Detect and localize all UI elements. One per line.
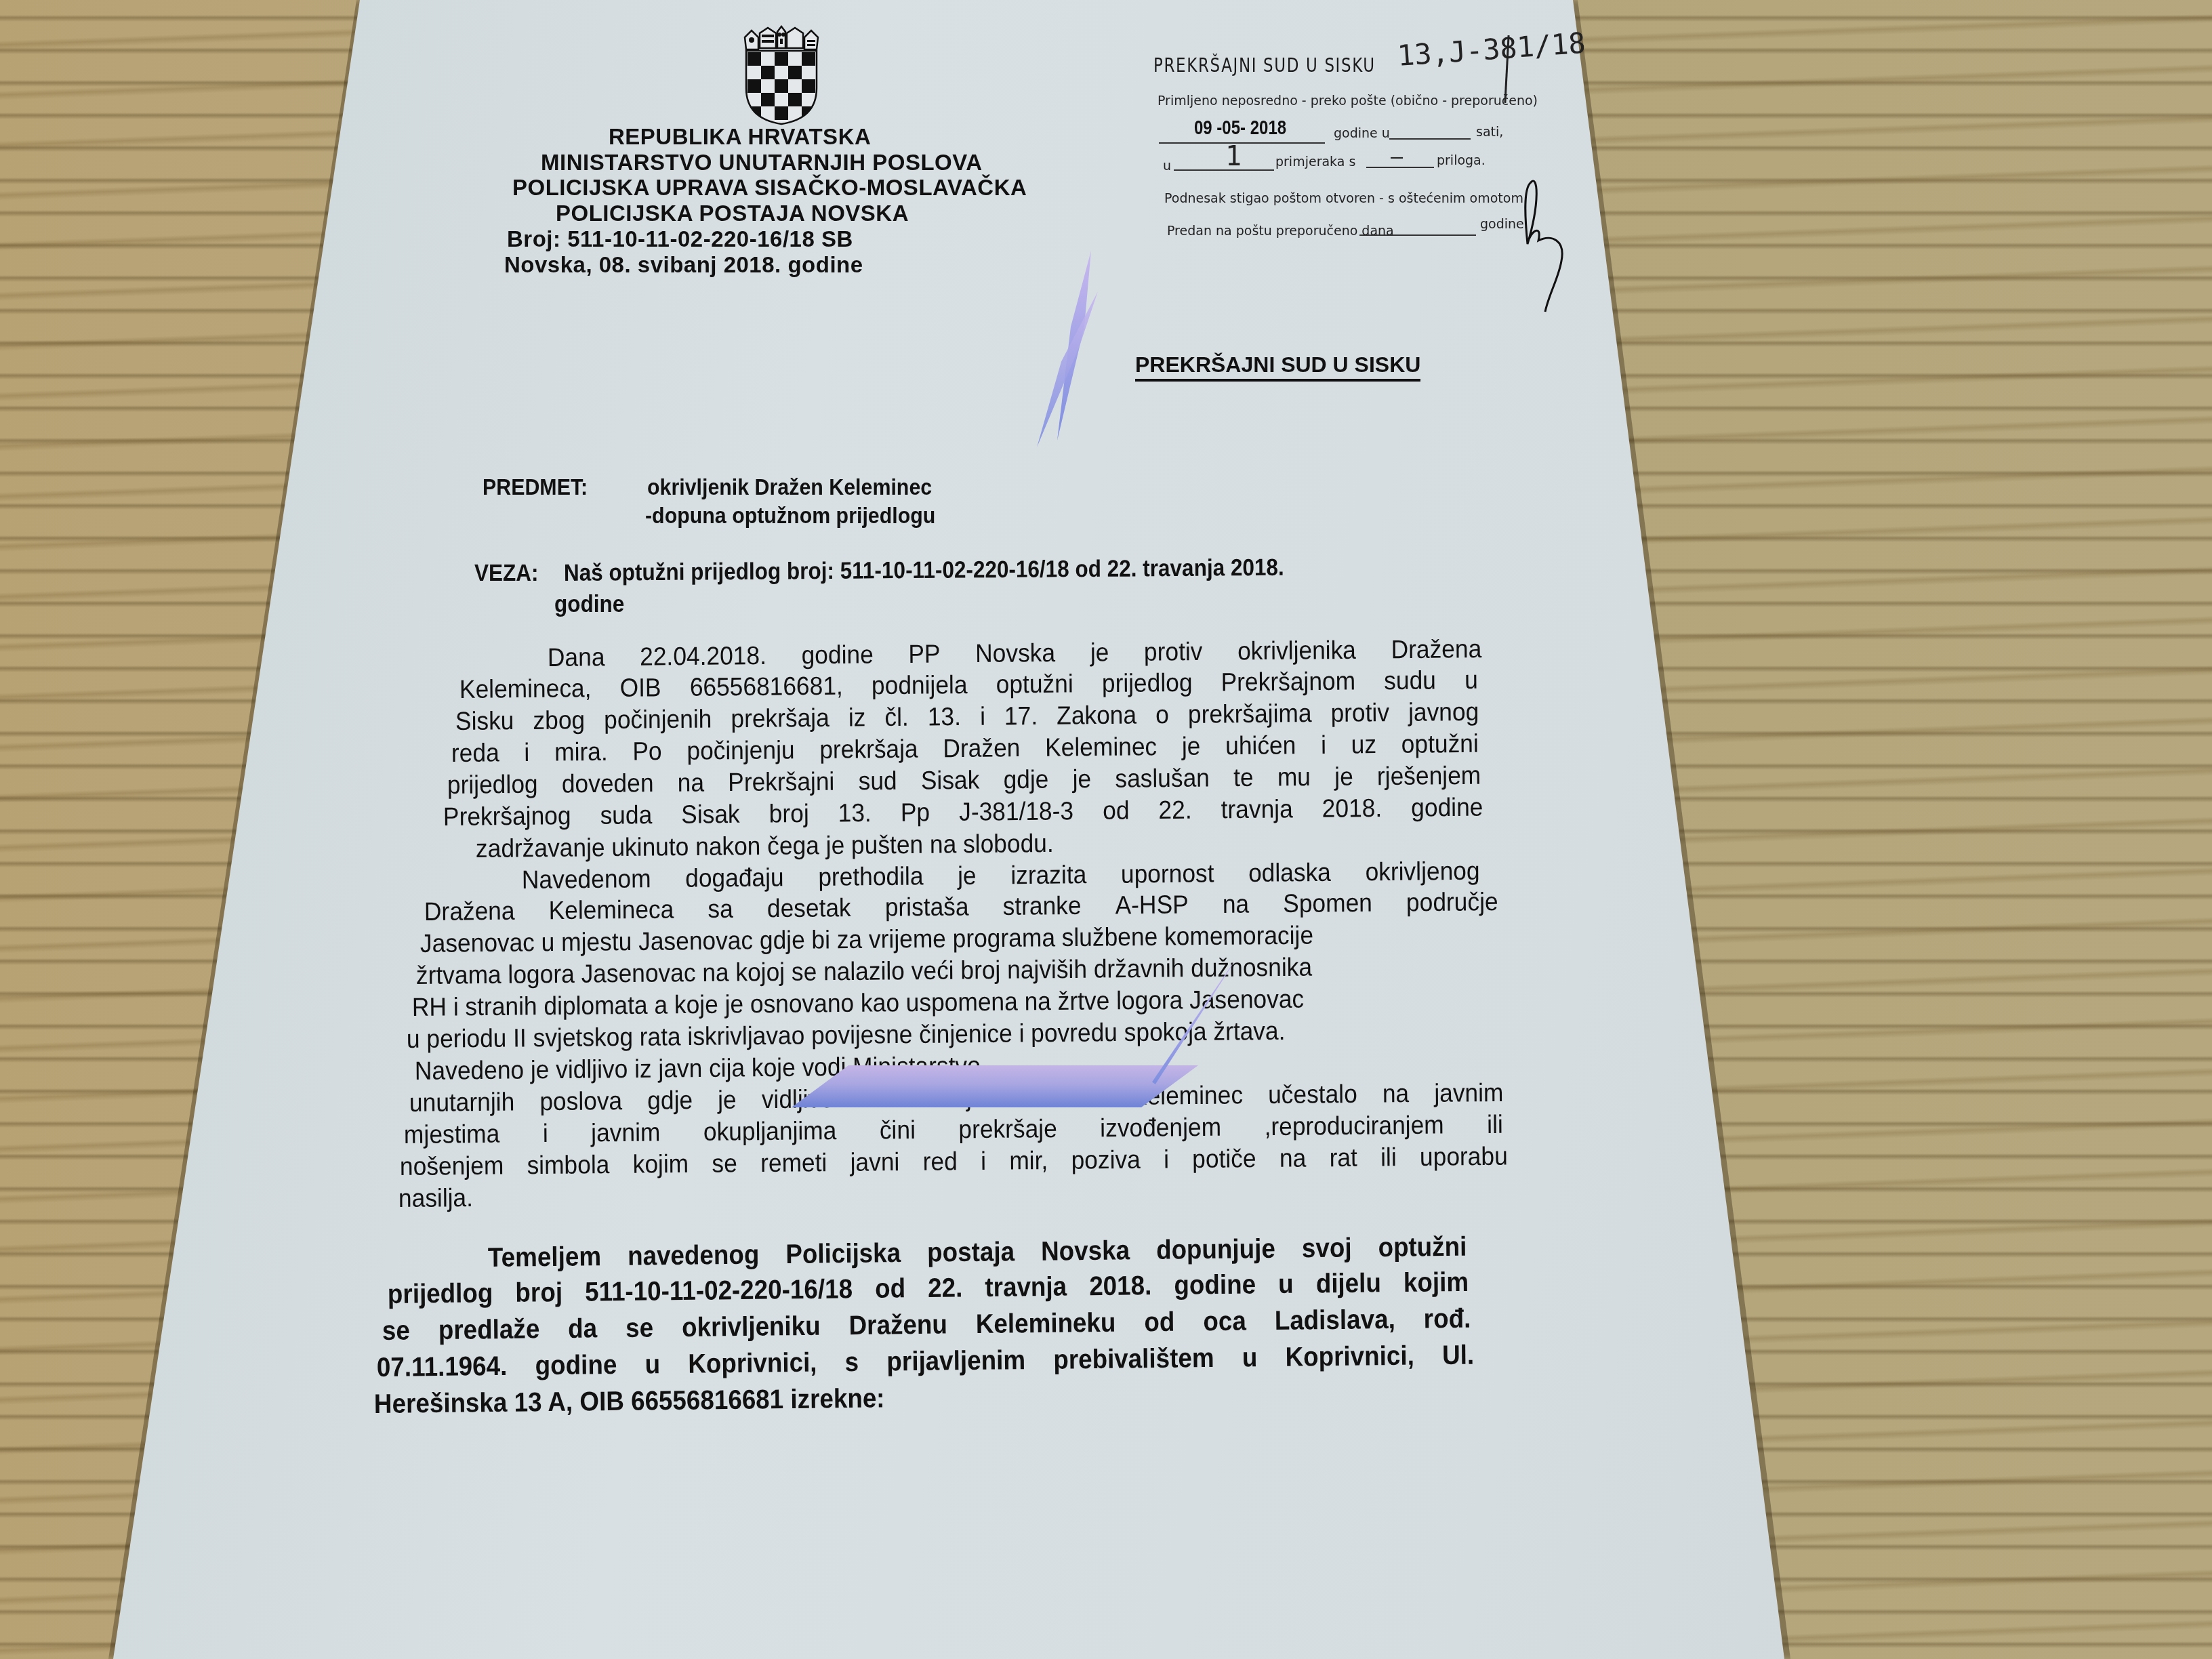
stamp-primjeraka: primjeraka s — [1275, 155, 1355, 169]
veza-label: VEZA: — [474, 560, 539, 587]
addressee: PREKRŠAJNI SUD U SISKU — [1135, 352, 1420, 382]
predmet-label: PREDMET: — [483, 474, 588, 500]
stamp-sati: sati, — [1476, 125, 1503, 140]
stamp-received-date: 09 -05- 2018 — [1194, 117, 1286, 140]
stamp-date-underline — [1159, 142, 1325, 144]
stamp-mailed-note: Predan na poštu preporučeno dana — [1167, 224, 1394, 239]
stamp-u: u — [1163, 159, 1171, 173]
stamp-copies-count: 1 — [1225, 141, 1242, 172]
stamp-priloga: priloga. — [1437, 153, 1486, 168]
reference-number: Broj: 511-10-11-02-220-16/18 SB — [507, 226, 853, 252]
header-line-police-station: POLICIJSKA POSTAJA NOVSKA — [556, 201, 909, 226]
stamp-title: PREKRŠAJNI SUD U SISKU — [1153, 54, 1376, 77]
stamp-copies-blank — [1174, 169, 1274, 171]
place-and-date: Novska, 08. svibanj 2018. godine — [504, 252, 863, 278]
stamp-hour-blank — [1389, 138, 1471, 140]
stamp-received-line: Primljeno neposredno - preko pošte (obič… — [1158, 94, 1538, 108]
redaction-blob — [792, 1065, 1198, 1107]
stamp-attachments-count: — — [1391, 145, 1403, 169]
document-paper — [0, 0, 2212, 1659]
header-line-police-administration: POLICIJSKA UPRAVA SISAČKO-MOSLAVAČKA — [512, 175, 1027, 201]
stamp-mailed-date-blank — [1359, 234, 1476, 236]
predmet-line-1: okrivljenik Dražen Keleminec — [647, 474, 932, 500]
signature-icon — [1518, 176, 1579, 319]
header-line-republic: REPUBLIKA HRVATSKA — [609, 124, 871, 150]
predmet-line-2: -dopuna optužnom prijedlogu — [645, 503, 935, 529]
stamp-opened-note: Podnesak stigao poštom otvoren - s ošteć… — [1164, 191, 1528, 206]
veza-line-1: Naš optužni prijedlog broj: 511-10-11-02… — [564, 554, 1284, 587]
stamp-godine-u: godine u — [1334, 126, 1390, 141]
header-line-ministry: MINISTARSTVO UNUTARNJIH POSLOVA — [541, 150, 983, 176]
veza-line-2: godine — [554, 591, 624, 618]
croatian-coat-of-arms-icon — [741, 24, 822, 125]
